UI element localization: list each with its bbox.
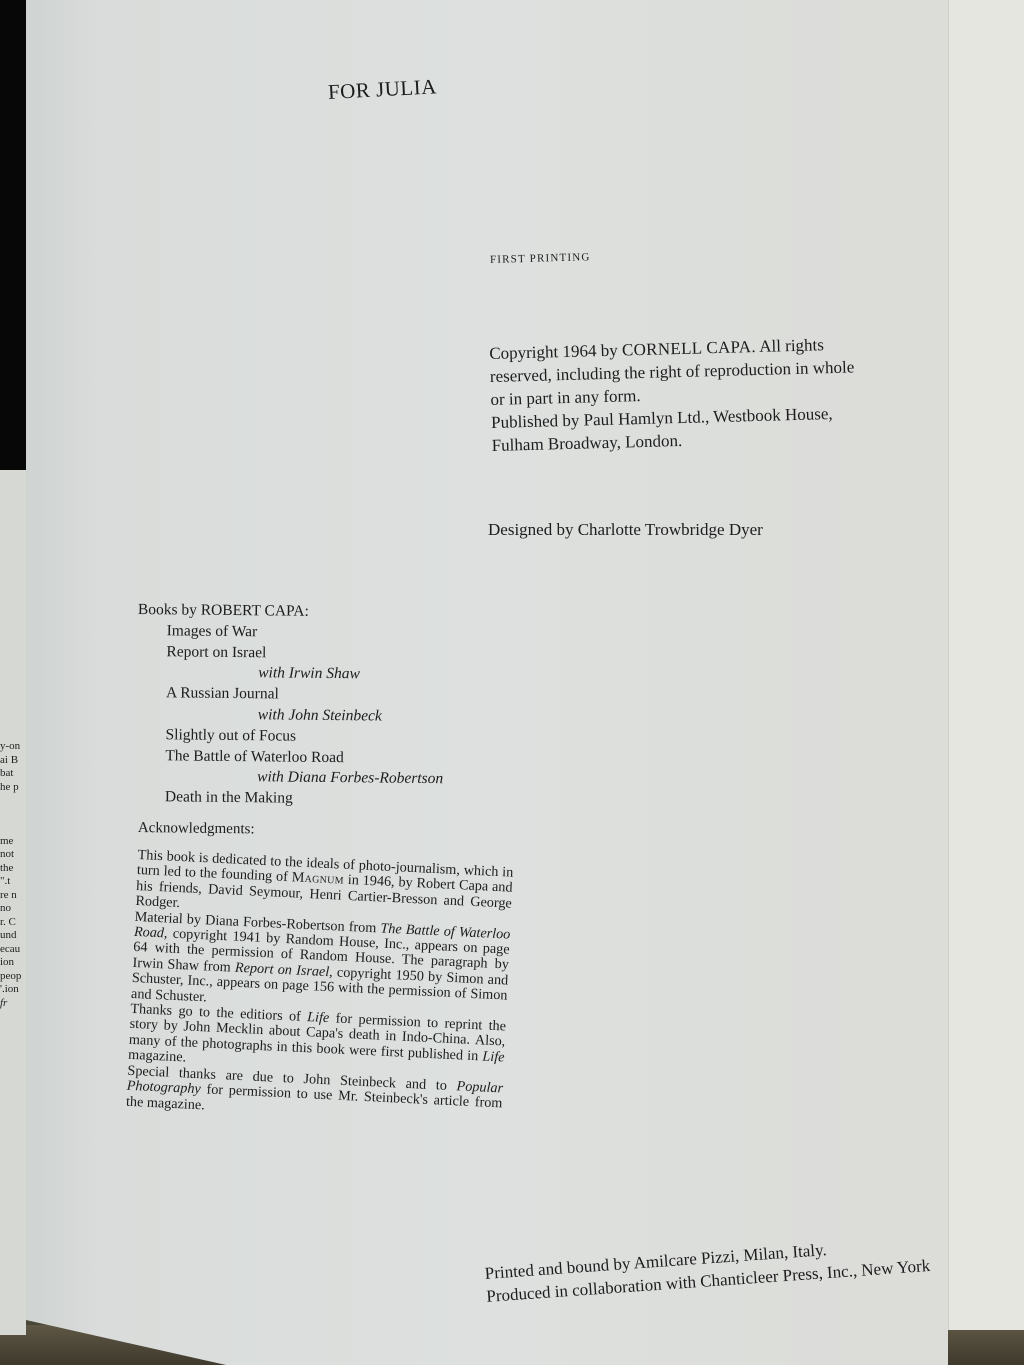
facing-line: ecau [0,943,26,957]
facing-page-text: y-on ai B bat he p me not the t." re n n… [0,740,26,1010]
copyright-block: Copyright 1964 by CORNELL CAPA. All righ… [489,332,856,457]
dedication: FOR JULIA [327,74,437,105]
book-title: The Battle of Waterloo Road [136,746,443,770]
books-list: Books by ROBERT CAPA: Images of War Repo… [136,600,445,811]
facing-line: r. C [0,916,26,930]
facing-line: fr [0,997,26,1011]
copyright-prefix: Copyright 1964 by [489,341,618,363]
books-heading: Books by ROBERT CAPA: [138,600,445,624]
colophon: Printed and bound by Amilcare Pizzi, Mil… [484,1231,931,1308]
edition-note: FIRST PRINTING [490,251,591,266]
copyright-holder: CORNELL CAPA. [622,337,756,359]
facing-line: ion.' [0,983,26,997]
facing-page-photo [0,0,26,470]
facing-line: peop [0,970,26,984]
book-title: A Russian Journal [137,683,444,707]
facing-line: no [0,902,26,916]
facing-page: y-on ai B bat he p me not the t." re n n… [0,0,26,1335]
acknowledgments-body: This book is dedicated to the ideals of … [126,848,514,1127]
facing-line: ai B [0,754,26,768]
book-title: Slightly out of Focus [136,725,443,749]
copyright-page: FOR JULIA FIRST PRINTING Copyright 1964 … [26,0,948,1365]
designer-credit: Designed by Charlotte Trowbridge Dyer [488,520,763,540]
facing-line: bat [0,767,26,781]
facing-line [0,794,26,808]
facing-line [0,821,26,835]
book-title: Death in the Making [136,787,443,811]
facing-line [0,808,26,822]
next-page-edge [948,0,1024,1330]
facing-line: ion [0,956,26,970]
facing-line: y-on [0,740,26,754]
copyright-suffix: All rights [759,335,824,356]
facing-line: t." [0,875,26,889]
facing-line: not [0,848,26,862]
book-title: Images of War [138,621,445,645]
acknowledgments-heading: Acknowledgments: [138,820,255,838]
facing-line: me [0,835,26,849]
facing-line: the [0,862,26,876]
facing-line: und [0,929,26,943]
facing-line: re n [0,889,26,903]
facing-line: he p [0,781,26,795]
book-title: Report on Israel [137,642,444,666]
